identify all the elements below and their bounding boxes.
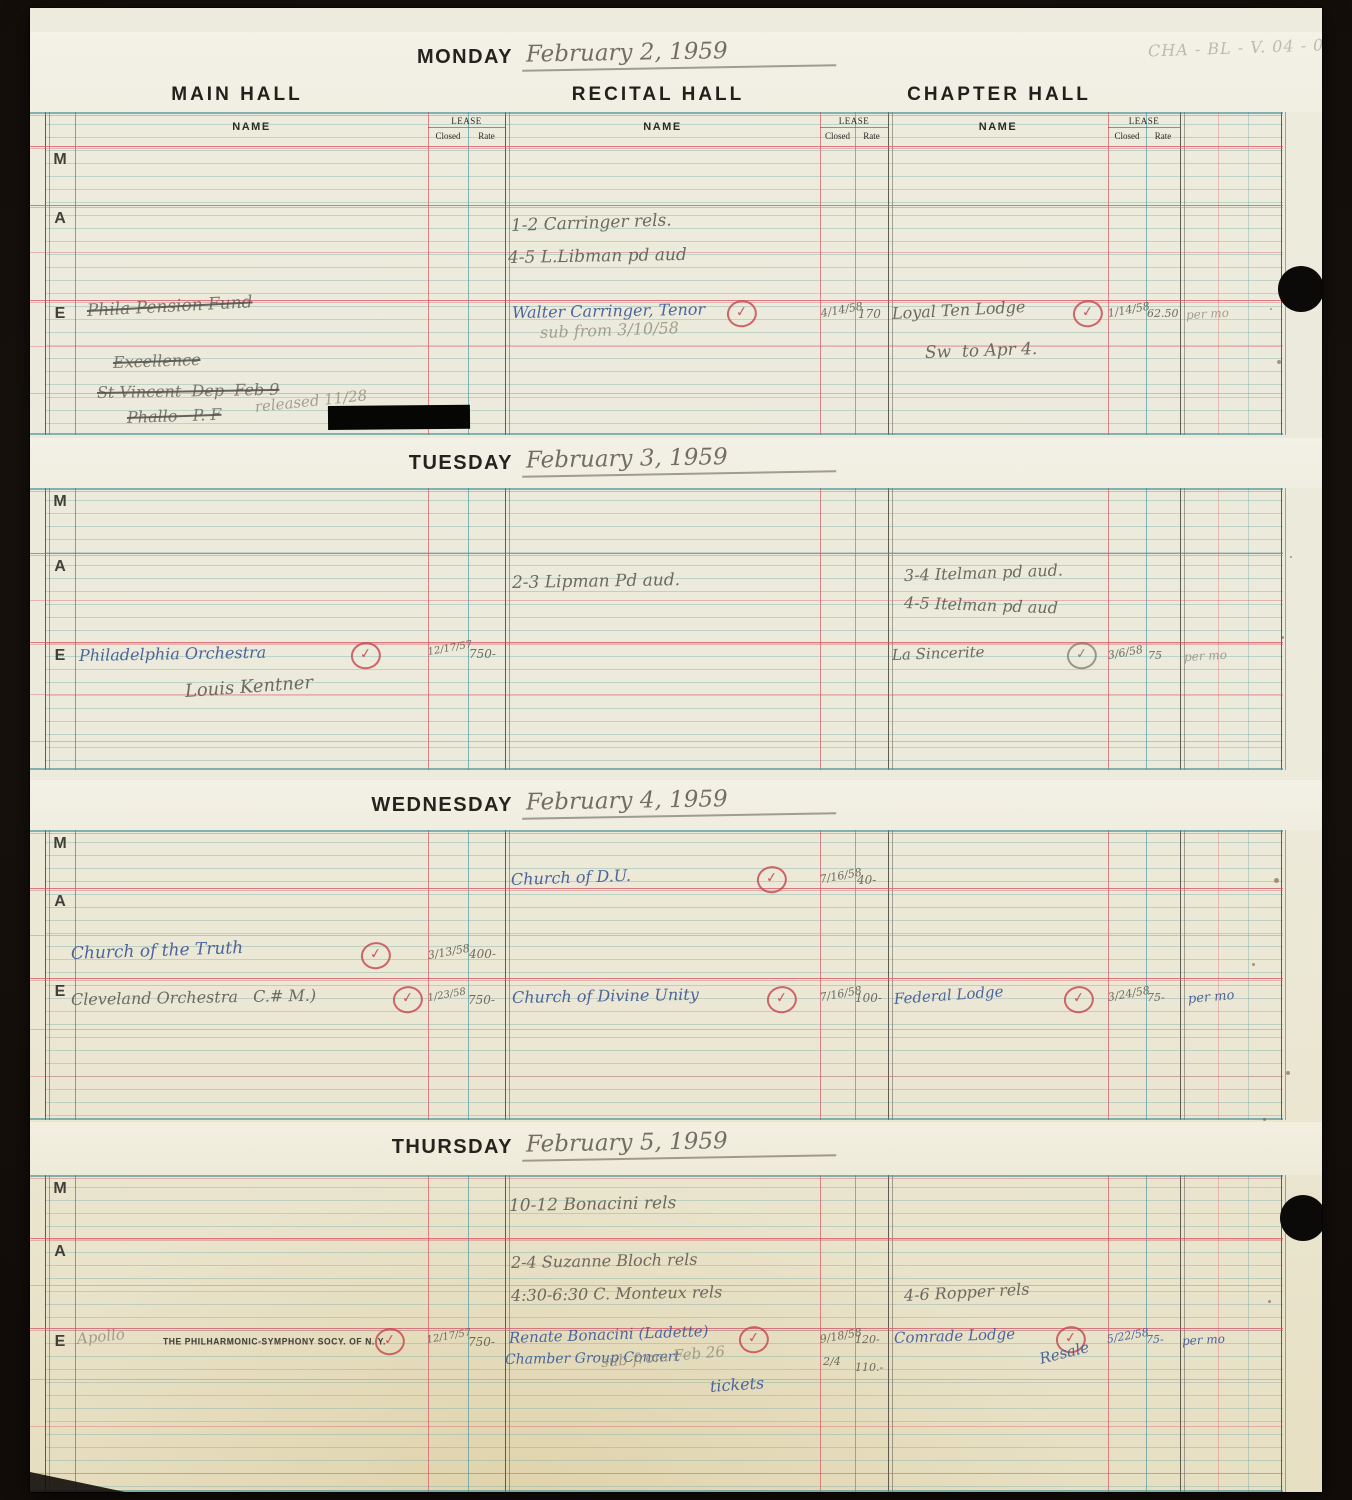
handwritten-entry: 2-3 Lipman Pd aud. xyxy=(512,572,680,593)
lease-label: LEASE xyxy=(428,116,505,128)
closed-label: Closed xyxy=(428,131,468,141)
row-label-a: A xyxy=(45,210,75,228)
handwritten-entry: 3/24/58 xyxy=(1107,985,1151,1004)
cell-hall2-a-rate xyxy=(1146,1238,1180,1328)
cell-hall0-e-closed: 12/17/57 xyxy=(428,642,468,770)
handwritten-entry: Loyal Ten Lodge xyxy=(892,299,1026,323)
day-header-band: TUESDAYFebruary 3, 1959 xyxy=(30,438,1322,488)
handwritten-entry: 75- xyxy=(1147,992,1165,1004)
cell-hall1-m-closed xyxy=(820,488,855,553)
cell-hall2-a-rate xyxy=(1146,205,1180,300)
handwritten-entry: Louis Kentner xyxy=(184,674,313,702)
handwritten-entry: 750- xyxy=(469,648,496,661)
handwritten-entry: Excellence xyxy=(113,352,201,372)
cell-hall2-e-name: La Sincerite✓ xyxy=(888,642,1108,770)
cell-hall2-e-name: Federal Lodge✓ xyxy=(888,978,1108,1120)
paper-stain xyxy=(1268,1300,1271,1303)
handwritten-entry: Church of the Truth xyxy=(71,940,244,964)
check-mark: ✓ xyxy=(1071,298,1104,328)
cell-hall1-a-name: 2-4 Suzanne Bloch rels4:30-6:30 C. Monte… xyxy=(505,1238,820,1328)
row-label-m: M xyxy=(45,493,75,511)
cell-hall1-m-name xyxy=(505,488,820,553)
cell-hall2-a-name xyxy=(888,888,1108,978)
paper-stain xyxy=(1263,1118,1266,1121)
day-header-band: MONDAYFebruary 2, 1959MAIN HALLRECITAL H… xyxy=(30,32,1322,112)
rate-label: Rate xyxy=(855,131,888,141)
rate-label: Rate xyxy=(468,131,505,141)
closed-label: Closed xyxy=(820,131,855,141)
cell-hall1-e-rate: 100- xyxy=(855,978,888,1120)
cell-hall1-m-name: Church of D.U.✓ xyxy=(505,830,820,888)
cell-hall0-a-closed: 3/13/58 xyxy=(428,888,468,978)
cell-hall0-a-rate xyxy=(468,553,505,642)
closed-label: Closed xyxy=(1108,131,1146,141)
cell-hall1-e-name: Walter Carringer, Tenor✓sub from 3/10/58 xyxy=(505,300,820,435)
cell-hall1-m-closed: 7/16/58 xyxy=(820,830,855,888)
lease-header: LEASEClosedRate xyxy=(1108,114,1180,144)
day-table: NAMELEASEClosedRateNAMELEASEClosedRateNA… xyxy=(30,112,1283,435)
cell-hall1-a-rate xyxy=(855,205,888,300)
ledger-page: CHA - BL - V. 04 - 038MONDAYFebruary 2, … xyxy=(30,8,1322,1492)
handwritten-entry: Church of Divine Unity xyxy=(512,987,699,1007)
handwritten-entry: per mo xyxy=(1182,1333,1226,1348)
row-label-m: M xyxy=(45,1180,75,1198)
lease-header: LEASEClosedRate xyxy=(820,114,888,144)
cell-hall1-a-rate xyxy=(855,1238,888,1328)
cell-hall1-a-closed xyxy=(820,888,855,978)
cell-hall2-m-rate xyxy=(1146,146,1180,205)
cell-hall2-e-extra: per mo xyxy=(1180,642,1283,770)
handwritten-entry: St Vincent Dep Feb 9 xyxy=(97,382,280,402)
row-label-e: E xyxy=(45,647,75,665)
handwritten-entry: 75 xyxy=(1148,650,1162,662)
handwritten-entry: sub from 3/10/58 xyxy=(540,320,679,342)
cell-hall2-a-name: 4-6 Ropper rels xyxy=(888,1238,1108,1328)
stamp-text: THE PHILHARMONIC-SYMPHONY SOCY. OF N. Y. xyxy=(163,1336,386,1346)
paper-stain xyxy=(1270,308,1272,310)
cell-hall1-e-name: Renate Bonacini (Ladette)✓Chamber Group … xyxy=(505,1328,820,1492)
cell-hall0-m-name xyxy=(75,830,428,888)
cell-hall1-e-rate xyxy=(855,642,888,770)
table-top-redline xyxy=(30,115,1283,116)
cell-hall0-m-name xyxy=(75,1175,428,1238)
day-header-band: THURSDAYFebruary 5, 1959 xyxy=(30,1122,1322,1175)
cell-hall0-e-name: Phila Pension FundExcellenceSt Vincent D… xyxy=(75,300,428,435)
handwritten-entry: 750- xyxy=(468,1336,495,1349)
check-mark: ✓ xyxy=(391,984,424,1014)
cell-hall2-m-closed xyxy=(1108,488,1146,553)
cell-hall1-m-rate xyxy=(855,146,888,205)
handwritten-entry: 4:30-6:30 C. Monteux rels xyxy=(511,1284,723,1304)
handwritten-entry: La Sincerite xyxy=(892,645,985,664)
cell-hall1-a-name: 2-3 Lipman Pd aud. xyxy=(505,553,820,642)
rate-label: Rate xyxy=(1146,131,1180,141)
cell-hall0-m-rate xyxy=(468,1175,505,1238)
handwritten-entry: Federal Lodge xyxy=(893,984,1004,1007)
day-date-handwritten: February 2, 1959 xyxy=(522,36,836,71)
handwritten-entry: Renate Bonacini (Ladette) xyxy=(509,1324,709,1347)
cell-hall0-e-name: ApolloTHE PHILHARMONIC-SYMPHONY SOCY. OF… xyxy=(75,1328,428,1492)
cell-hall1-e-name xyxy=(505,642,820,770)
lease-header: LEASEClosedRate xyxy=(428,114,505,144)
scan-background: CHA - BL - V. 04 - 038MONDAYFebruary 2, … xyxy=(0,0,1352,1500)
handwritten-entry: per mo xyxy=(1186,307,1230,322)
handwritten-entry: 120- xyxy=(855,1334,880,1346)
handwritten-entry: 3-4 Itelman pd aud. xyxy=(904,562,1064,584)
handwritten-entry: 75- xyxy=(1146,1334,1164,1346)
cell-hall1-a-name xyxy=(505,888,820,978)
cell-hall2-m-extra xyxy=(1180,830,1283,888)
handwritten-entry: 12/17/57 xyxy=(426,1328,472,1346)
cell-hall0-a-name: Church of the Truth✓ xyxy=(75,888,428,978)
day-name: MONDAY xyxy=(30,46,513,69)
cell-hall2-a-closed xyxy=(1108,888,1146,978)
cell-hall2-e-extra: per mo xyxy=(1180,300,1283,435)
check-mark: ✓ xyxy=(737,1324,770,1354)
punch-hole-slot xyxy=(1301,285,1322,294)
cell-hall1-a-rate xyxy=(855,888,888,978)
hall-title: CHAPTER HALL xyxy=(907,84,1091,106)
cell-hall1-e-closed xyxy=(820,642,855,770)
row-label-a: A xyxy=(45,1243,75,1261)
cell-hall2-e-closed: 5/22/58 xyxy=(1108,1328,1146,1492)
cell-hall0-e-rate: 750- xyxy=(468,1328,505,1492)
handwritten-entry: 12/17/57 xyxy=(427,640,473,658)
cell-hall2-a-name xyxy=(888,205,1108,300)
cell-hall0-m-name xyxy=(75,488,428,553)
cell-hall2-a-extra xyxy=(1180,1238,1283,1328)
cell-hall0-m-closed xyxy=(428,1175,468,1238)
handwritten-entry: 1/23/58 xyxy=(427,987,467,1004)
cell-hall1-a-closed xyxy=(820,1238,855,1328)
cell-hall2-m-extra xyxy=(1180,146,1283,205)
cell-hall1-m-rate xyxy=(855,488,888,553)
handwritten-entry: per mo xyxy=(1187,989,1235,1007)
check-mark-pencil: ✓ xyxy=(1065,640,1098,670)
cell-hall2-e-closed: 3/6/58 xyxy=(1108,642,1146,770)
cell-hall2-a-closed xyxy=(1108,205,1146,300)
cell-hall0-e-rate: 750- xyxy=(468,978,505,1120)
cell-hall2-e-extra: per mo xyxy=(1180,978,1283,1120)
handwritten-entry: 400- xyxy=(469,948,496,961)
cell-hall1-m-closed xyxy=(820,1175,855,1238)
cell-hall2-e-rate: 62.50 xyxy=(1146,300,1180,435)
table-top-line xyxy=(30,112,1283,114)
cell-hall2-m-name xyxy=(888,830,1108,888)
cell-hall1-a-name: 1-2 Carringer rels.4-5 L.Libman pd aud xyxy=(505,205,820,300)
handwritten-entry: Resale xyxy=(1038,1340,1091,1367)
column-header-name: NAME xyxy=(505,121,820,133)
cell-hall1-e-rate: 120-110.- xyxy=(855,1328,888,1492)
cell-hall2-m-closed xyxy=(1108,146,1146,205)
day-table: MChurch of D.U.✓7/16/5840-AChurch of the… xyxy=(30,830,1283,1120)
cell-hall0-e-rate xyxy=(468,300,505,435)
cell-hall0-a-name xyxy=(75,205,428,300)
handwritten-entry: 4-6 Ropper rels xyxy=(904,1281,1030,1304)
cell-hall0-e-closed xyxy=(428,300,468,435)
hall-title: MAIN HALL xyxy=(171,84,302,106)
cell-hall2-m-rate xyxy=(1146,1175,1180,1238)
handwritten-entry: 4-5 L.Libman pd aud xyxy=(508,247,687,268)
cell-hall2-e-rate: 75- xyxy=(1146,1328,1180,1492)
cell-hall0-a-name xyxy=(75,553,428,642)
handwritten-entry: tickets xyxy=(709,1375,764,1396)
cell-hall2-m-name xyxy=(888,1175,1108,1238)
hall-title: RECITAL HALL xyxy=(572,84,745,106)
row-label-a: A xyxy=(45,558,75,576)
cell-hall1-m-closed xyxy=(820,146,855,205)
row-label-m: M xyxy=(45,151,75,169)
handwritten-entry: 750- xyxy=(468,994,495,1007)
cell-hall1-m-rate: 40- xyxy=(855,830,888,888)
handwritten-entry: Philadelphia Orchestra xyxy=(79,645,267,665)
cell-hall2-m-extra xyxy=(1180,1175,1283,1238)
cell-hall2-e-rate: 75- xyxy=(1146,978,1180,1120)
cell-hall0-e-closed: 1/23/58 xyxy=(428,978,468,1120)
cell-hall2-m-rate xyxy=(1146,488,1180,553)
day-name: WEDNESDAY xyxy=(30,794,513,817)
paper-stain xyxy=(1286,1071,1290,1075)
handwritten-entry: 2/4 xyxy=(823,1356,841,1368)
cell-hall2-m-rate xyxy=(1146,830,1180,888)
row-label-e: E xyxy=(45,305,75,323)
cell-hall2-a-rate xyxy=(1146,888,1180,978)
check-mark: ✓ xyxy=(359,940,392,970)
check-mark: ✓ xyxy=(765,984,798,1014)
cell-hall2-e-closed: 3/24/58 xyxy=(1108,978,1146,1120)
cell-hall1-e-rate: 170 xyxy=(855,300,888,435)
column-header-name: NAME xyxy=(888,121,1108,133)
day-table: M10-12 Bonacini relsA2-4 Suzanne Bloch r… xyxy=(30,1175,1283,1492)
row-label-m: M xyxy=(45,835,75,853)
day-table: MA2-3 Lipman Pd aud.3-4 Itelman pd aud.4… xyxy=(30,488,1283,770)
cell-hall2-a-rate xyxy=(1146,553,1180,642)
cell-hall0-m-closed xyxy=(428,146,468,205)
day-date-handwritten: February 5, 1959 xyxy=(522,1126,836,1161)
handwritten-entry: Sw to Apr 4. xyxy=(925,341,1038,363)
row-label-a: A xyxy=(45,893,75,911)
cell-hall2-e-extra: per mo xyxy=(1180,1328,1283,1492)
cell-hall1-a-closed xyxy=(820,553,855,642)
paper-stain xyxy=(1281,636,1284,639)
cell-hall0-e-name: Philadelphia Orchestra✓Louis Kentner xyxy=(75,642,428,770)
cell-hall1-e-closed: 7/16/58 xyxy=(820,978,855,1120)
cell-hall2-e-name: Loyal Ten Lodge✓Sw to Apr 4. xyxy=(888,300,1108,435)
cell-hall1-m-name: 10-12 Bonacini rels xyxy=(505,1175,820,1238)
cell-hall2-e-rate: 75 xyxy=(1146,642,1180,770)
cell-hall1-a-rate xyxy=(855,553,888,642)
cell-hall2-m-closed xyxy=(1108,830,1146,888)
grid-vline xyxy=(45,488,50,770)
cell-hall2-e-name: Comrade Lodge✓Resale xyxy=(888,1328,1108,1492)
handwritten-entry: 3/6/58 xyxy=(1107,644,1144,662)
cell-hall0-e-closed: 12/17/57 xyxy=(428,1328,468,1492)
handwritten-entry: per mo xyxy=(1184,649,1228,664)
cell-hall0-m-rate xyxy=(468,830,505,888)
handwritten-entry: Apollo xyxy=(76,1327,125,1348)
handwritten-entry: 100- xyxy=(855,992,882,1005)
cell-hall1-m-name xyxy=(505,146,820,205)
lease-label: LEASE xyxy=(1108,116,1180,128)
cell-hall2-m-name xyxy=(888,146,1108,205)
cell-hall0-a-name xyxy=(75,1238,428,1328)
cell-hall0-m-rate xyxy=(468,146,505,205)
handwritten-entry: 1-2 Carringer rels. xyxy=(511,212,672,235)
check-mark: ✓ xyxy=(725,298,758,328)
cell-hall0-a-closed xyxy=(428,1238,468,1328)
handwritten-entry: 3/13/58 xyxy=(427,943,471,962)
cell-hall0-m-name xyxy=(75,146,428,205)
cell-hall2-e-closed: 1/14/58 xyxy=(1108,300,1146,435)
cell-hall0-a-rate: 400- xyxy=(468,888,505,978)
cell-hall2-a-closed xyxy=(1108,553,1146,642)
cell-hall1-a-closed xyxy=(820,205,855,300)
column-header-name: NAME xyxy=(75,121,428,133)
handwritten-entry: Church of D.U. xyxy=(511,868,631,889)
row-label-e: E xyxy=(45,1333,75,1351)
cell-hall2-a-extra xyxy=(1180,888,1283,978)
cell-hall1-m-rate xyxy=(855,1175,888,1238)
day-date-handwritten: February 3, 1959 xyxy=(522,442,836,477)
cell-hall2-m-extra xyxy=(1180,488,1283,553)
cell-hall2-a-name: 3-4 Itelman pd aud.4-5 Itelman pd aud xyxy=(888,553,1108,642)
cell-hall0-m-rate xyxy=(468,488,505,553)
check-mark: ✓ xyxy=(373,1326,406,1356)
cell-hall0-e-rate: 750- xyxy=(468,642,505,770)
cell-hall2-a-extra xyxy=(1180,205,1283,300)
cell-hall2-m-closed xyxy=(1108,1175,1146,1238)
handwritten-entry: 2-4 Suzanne Bloch rels xyxy=(511,1252,698,1272)
handwritten-entry: 110.- xyxy=(855,1362,883,1374)
cell-hall0-a-closed xyxy=(428,205,468,300)
cell-hall1-e-name: Church of Divine Unity✓ xyxy=(505,978,820,1120)
handwritten-entry: 170 xyxy=(858,308,881,321)
lease-label: LEASE xyxy=(820,116,888,128)
cell-hall2-a-extra xyxy=(1180,553,1283,642)
check-mark: ✓ xyxy=(349,640,382,670)
handwritten-entry: 40- xyxy=(857,874,876,887)
day-date-handwritten: February 4, 1959 xyxy=(522,784,836,819)
day-header-band: WEDNESDAYFebruary 4, 1959 xyxy=(30,780,1322,830)
handwritten-entry: sub from Feb 26 xyxy=(600,1344,725,1371)
handwritten-entry: 5/22/58 xyxy=(1106,1327,1150,1346)
paper-stain xyxy=(1290,556,1292,558)
cell-hall0-a-closed xyxy=(428,553,468,642)
handwritten-entry: 1/14/58 xyxy=(1107,301,1151,320)
punch-hole-slot xyxy=(1303,1214,1322,1223)
cell-hall0-a-rate xyxy=(468,1238,505,1328)
handwritten-entry: Phallo P. F xyxy=(127,407,222,427)
handwritten-entry: Cleveland Orchestra C.# M.) xyxy=(71,988,316,1009)
cell-hall0-a-rate xyxy=(468,205,505,300)
day-name: THURSDAY xyxy=(30,1136,513,1159)
paper-stain xyxy=(1277,360,1281,364)
corner-shadow xyxy=(30,1472,125,1492)
cell-hall2-a-closed xyxy=(1108,1238,1146,1328)
cell-hall0-m-closed xyxy=(428,830,468,888)
day-name: TUESDAY xyxy=(30,452,513,475)
cell-hall0-e-name: Cleveland Orchestra C.# M.)✓ xyxy=(75,978,428,1120)
cell-hall1-e-closed: 4/14/58 xyxy=(820,300,855,435)
handwritten-entry: Comrade Lodge xyxy=(894,1327,1016,1347)
cell-hall2-m-name xyxy=(888,488,1108,553)
handwritten-entry: 10-12 Bonacini rels xyxy=(509,1195,677,1216)
cell-hall0-m-closed xyxy=(428,488,468,553)
paper-stain xyxy=(1274,878,1279,883)
cell-hall1-e-closed: 9/18/582/4 xyxy=(820,1328,855,1492)
paper-stain xyxy=(1252,963,1255,966)
handwritten-entry: 62.50 xyxy=(1147,308,1179,320)
check-mark: ✓ xyxy=(1062,984,1095,1014)
handwritten-entry: 4-5 Itelman pd aud xyxy=(904,595,1058,617)
